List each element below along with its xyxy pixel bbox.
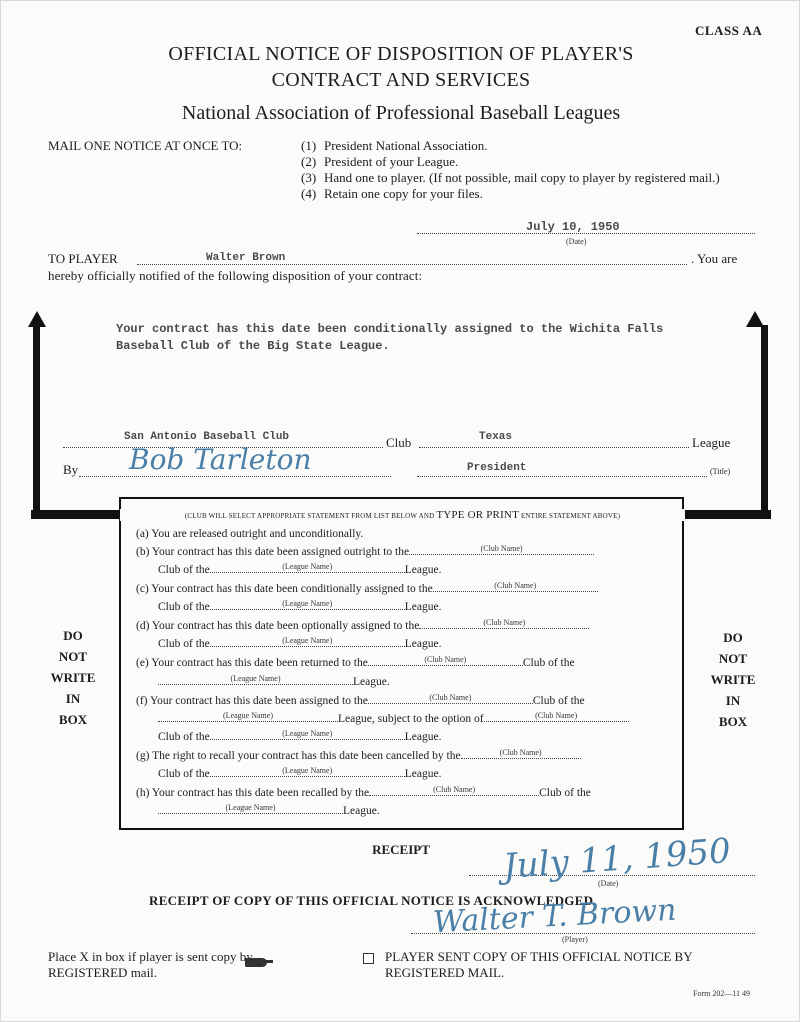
- option-b: (b) Your contract has this date been ass…: [136, 546, 594, 558]
- date-caption: (Date): [566, 237, 586, 246]
- title-value: President: [467, 462, 526, 474]
- league-name-field[interactable]: (League Name): [210, 609, 405, 610]
- title-field[interactable]: [417, 464, 707, 477]
- league-name-field[interactable]: (League Name): [158, 721, 338, 722]
- by-label: By: [63, 462, 78, 478]
- options-box-header: (CLUB WILL SELECT APPROPRIATE STATEMENT …: [120, 509, 685, 521]
- typed-statement[interactable]: Your contract has this date been conditi…: [116, 321, 696, 355]
- league-name-field[interactable]: (League Name): [210, 572, 405, 573]
- club-name-field[interactable]: (Club Name): [484, 721, 629, 722]
- league-name-field[interactable]: (League Name): [210, 739, 405, 740]
- frame-right-bar: [761, 325, 768, 519]
- option-f-cont: (League Name)League, subject to the opti…: [158, 713, 629, 725]
- option-h: (h) Your contract has this date been rec…: [136, 787, 591, 799]
- club-name-field[interactable]: (Club Name): [419, 628, 589, 629]
- option-d: (d) Your contract has this date been opt…: [136, 620, 589, 632]
- option-f-cont2: Club of the(League Name)League.: [158, 731, 441, 743]
- club-label: Club: [386, 435, 411, 451]
- option-e: (e) Your contract has this date been ret…: [136, 657, 575, 669]
- player-name-value: Walter Brown: [206, 252, 285, 264]
- player-caption: (Player): [562, 935, 588, 944]
- pointing-hand-icon: [245, 958, 267, 967]
- club-president-signature: Bob Tarleton: [129, 443, 312, 476]
- option-b-cont: Club of the(League Name)League.: [158, 564, 441, 576]
- do-not-write-left: DONOTWRITEINBOX: [43, 625, 103, 730]
- mail-item: (3)Hand one to player. (If not possible,…: [301, 170, 741, 186]
- do-not-write-right: DONOTWRITEINBOX: [703, 627, 763, 732]
- you-are-text: . You are: [691, 251, 737, 267]
- option-c-cont: Club of the(League Name)League.: [158, 601, 441, 613]
- league-name-field[interactable]: (League Name): [158, 684, 353, 685]
- option-e-cont: (League Name)League.: [158, 676, 390, 688]
- league-label: League: [692, 435, 730, 451]
- mail-item: (4)Retain one copy for your files.: [301, 186, 741, 202]
- club-name-field[interactable]: (Club Name): [409, 554, 594, 555]
- mail-instructions-label: MAIL ONE NOTICE AT ONCE TO:: [48, 138, 242, 154]
- mail-instructions-list: (1)President National Association. (2)Pr…: [301, 138, 741, 202]
- to-player-label: TO PLAYER: [48, 251, 118, 267]
- form-title-line2: CONTRACT AND SERVICES: [1, 69, 800, 92]
- mail-item: (1)President National Association.: [301, 138, 741, 154]
- league-name-field[interactable]: (League Name): [210, 776, 405, 777]
- form-number: Form 202—11 49: [693, 989, 750, 998]
- club-name-field[interactable]: (Club Name): [369, 795, 539, 796]
- club-name-field[interactable]: (Club Name): [461, 758, 581, 759]
- league-name-field[interactable]: (League Name): [210, 646, 405, 647]
- form-title-line1: OFFICIAL NOTICE OF DISPOSITION OF PLAYER…: [1, 43, 800, 66]
- option-c: (c) Your contract has this date been con…: [136, 583, 598, 595]
- receipt-date-caption: (Date): [598, 879, 618, 888]
- form-subtitle: National Association of Professional Bas…: [1, 102, 800, 125]
- option-a: (a) You are released outright and uncond…: [136, 528, 363, 540]
- registered-mail-checkbox[interactable]: [363, 953, 374, 964]
- hereby-text: hereby officially notified of the follow…: [48, 268, 422, 284]
- league-value: Texas: [479, 431, 512, 443]
- club-name-field[interactable]: (Club Name): [368, 665, 523, 666]
- league-name-field[interactable]: (League Name): [158, 813, 343, 814]
- place-x-instructions: Place X in box if player is sent copy by…: [48, 949, 278, 981]
- option-g: (g) The right to recall your contract ha…: [136, 750, 581, 762]
- league-field[interactable]: [419, 433, 689, 448]
- club-value: San Antonio Baseball Club: [124, 431, 289, 443]
- club-name-field[interactable]: (Club Name): [368, 703, 533, 704]
- frame-left-bar: [33, 325, 40, 519]
- mail-item: (2)President of your League.: [301, 154, 741, 170]
- option-d-cont: Club of the(League Name)League.: [158, 638, 441, 650]
- notice-date-value: July 10, 1950: [526, 220, 620, 234]
- club-name-field[interactable]: (Club Name): [433, 591, 598, 592]
- option-g-cont: Club of the(League Name)League.: [158, 768, 441, 780]
- option-f: (f) Your contract has this date been ass…: [136, 695, 585, 707]
- class-label: CLASS AA: [695, 23, 762, 39]
- notice-form: CLASS AA OFFICIAL NOTICE OF DISPOSITION …: [0, 0, 800, 1022]
- registered-mail-label: PLAYER SENT COPY OF THIS OFFICIAL NOTICE…: [385, 949, 765, 981]
- title-caption: (Title): [710, 467, 730, 476]
- option-h-cont: (League Name)League.: [158, 805, 380, 817]
